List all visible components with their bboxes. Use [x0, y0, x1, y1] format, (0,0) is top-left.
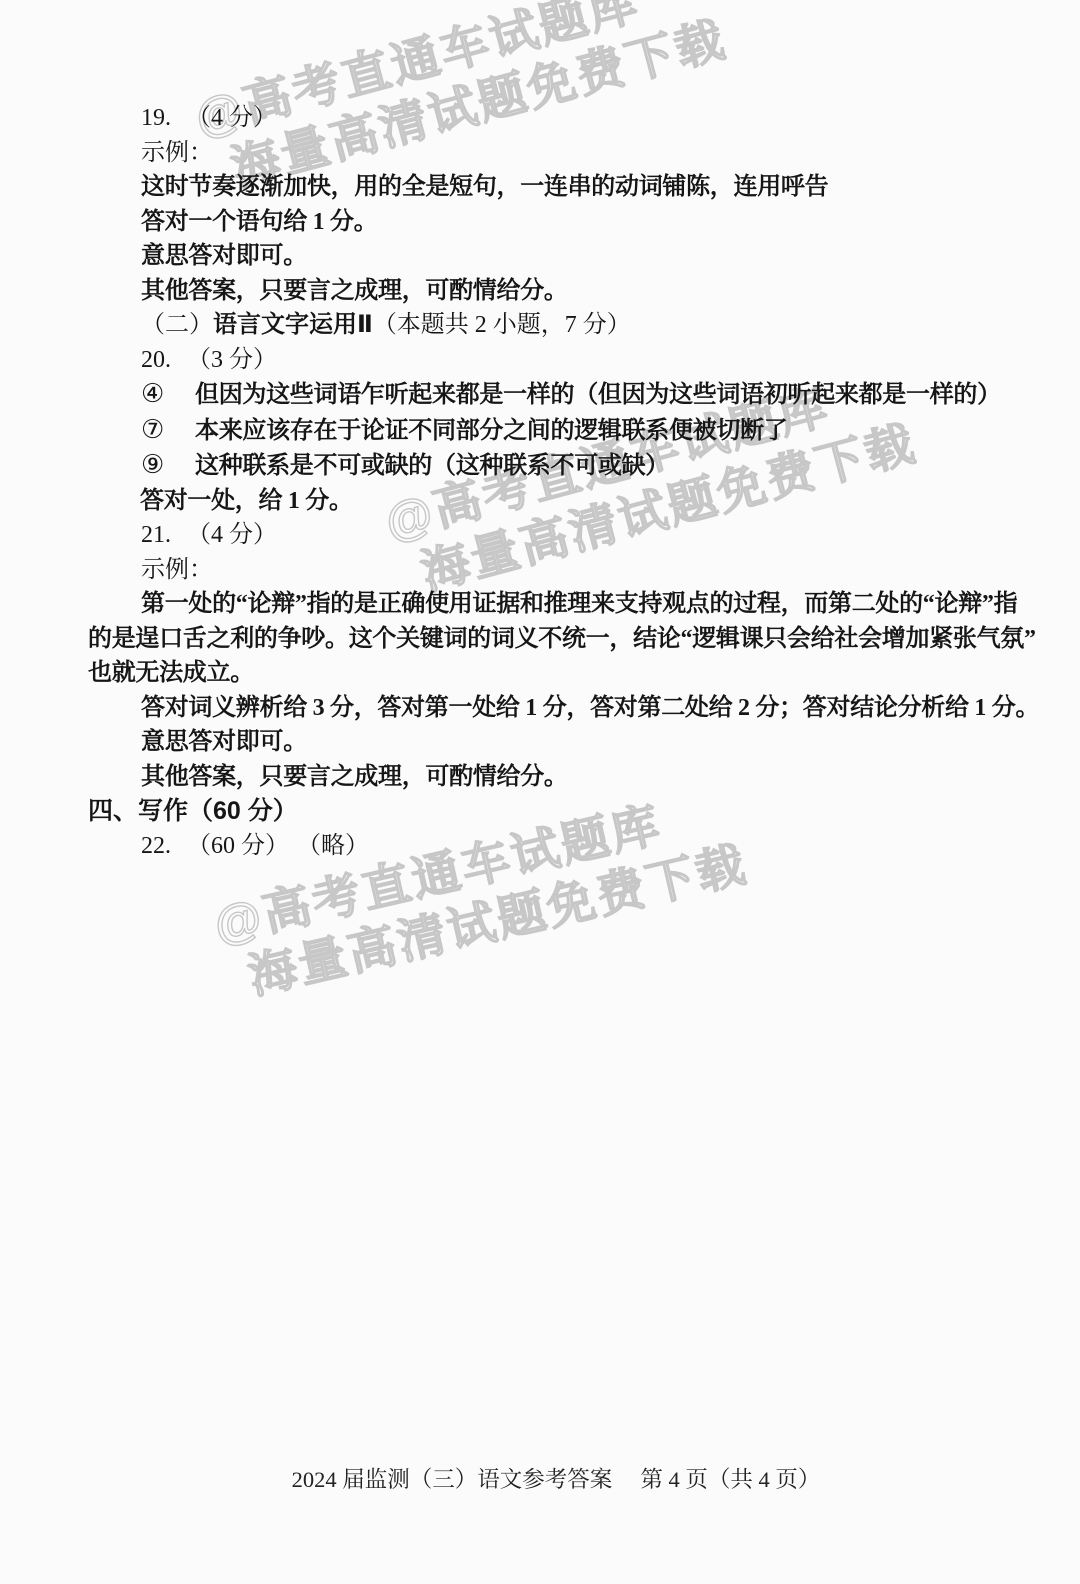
q22-score: （60 分）: [187, 833, 289, 859]
section2-heading: （二）语言文字运用Ⅱ（本题共 2 小题，7 分）: [88, 308, 1024, 343]
q20-item-9-text: 这种联系是不可或缺的（这种联系不可或缺）: [195, 453, 669, 479]
q21-note-other: 其他答案，只要言之成理，可酌情给分。: [88, 760, 1024, 795]
q20-item-9: ⑨这种联系是不可或缺的（这种联系不可或缺）: [88, 448, 1024, 484]
q20-item-7-text: 本来应该存在于论证不同部分之间的逻辑联系便被切断了: [195, 418, 788, 444]
q19-scoring: 答对一个语句给 1 分。: [88, 205, 1024, 240]
section2-title: 语言文字运用Ⅱ: [213, 311, 373, 338]
q21-note-accept: 意思答对即可。: [88, 725, 1024, 760]
q19-heading: 19.（4 分）: [88, 101, 1024, 136]
q20-heading: 20.（3 分）: [88, 343, 1024, 378]
q20-number: 20.: [141, 347, 171, 373]
q20-item-7: ⑦本来应该存在于论证不同部分之间的逻辑联系便被切断了: [88, 413, 1024, 449]
q21-answer-line-3: 也就无法成立。: [88, 656, 1024, 691]
q21-answer-line-1: 第一处的“论辩”指的是正确使用证据和推理来支持观点的过程，而第二处的“论辩”指: [88, 587, 1024, 622]
q19-score: （4 分）: [187, 105, 277, 131]
answer-key-page: @高考直通车试题库 海量高清试题免费下载 @高考直通车试题库 海量高清试题免费下…: [0, 0, 1080, 1584]
q19-note-other: 其他答案，只要言之成理，可酌情给分。: [88, 274, 1024, 309]
q21-sample-label: 示例：: [88, 553, 1024, 588]
section4-heading: 四、写作（60 分）: [88, 794, 1024, 829]
q19-number: 19.: [141, 105, 171, 131]
section2-meta: （本题共 2 小题，7 分）: [373, 312, 631, 338]
q20-item-4-text: 但因为这些词语乍听起来都是一样的（但因为这些词语初听起来都是一样的）: [195, 382, 1001, 408]
q19-sample-answer: 这时节奏逐渐加快，用的全是短句，一连串的动词铺陈，连用呼告: [88, 170, 1024, 205]
q21-scoring: 答对词义辨析给 3 分，答对第一处给 1 分，答对第二处给 2 分；答对结论分析…: [88, 691, 1024, 726]
q20-score: （3 分）: [187, 347, 277, 373]
page-footer: 2024 届监测（三）语文参考答案第 4 页（共 4 页）: [88, 1462, 1024, 1494]
q22-note: （略）: [309, 833, 369, 859]
answer-content: 19.（4 分） 示例： 这时节奏逐渐加快，用的全是短句，一连串的动词铺陈，连用…: [88, 101, 1024, 863]
q22-heading: 22.（60 分）（略）: [88, 829, 1024, 864]
footer-document-title: 2024 届监测（三）语文参考答案: [292, 1467, 613, 1492]
circled-number-9-icon: ⑨: [141, 448, 175, 483]
q20-scoring: 答对一处，给 1 分。: [88, 484, 1024, 519]
q21-number: 21.: [141, 522, 171, 548]
q20-item-4: ④但因为这些词语乍听起来都是一样的（但因为这些词语初听起来都是一样的）: [88, 377, 1024, 413]
q19-note-accept: 意思答对即可。: [88, 239, 1024, 274]
q21-score: （4 分）: [187, 522, 277, 548]
q19-sample-label: 示例：: [88, 136, 1024, 171]
section2-prefix: （二）: [141, 312, 213, 338]
q22-number: 22.: [141, 833, 171, 859]
circled-number-7-icon: ⑦: [141, 413, 175, 448]
q21-heading: 21.（4 分）: [88, 518, 1024, 553]
circled-number-4-icon: ④: [141, 377, 175, 412]
footer-page-number: 第 4 页（共 4 页）: [640, 1467, 820, 1492]
q21-answer-line-2: 的是逞口舌之利的争吵。这个关键词的词义不统一，结论“逻辑课只会给社会增加紧张气氛…: [88, 622, 1024, 657]
